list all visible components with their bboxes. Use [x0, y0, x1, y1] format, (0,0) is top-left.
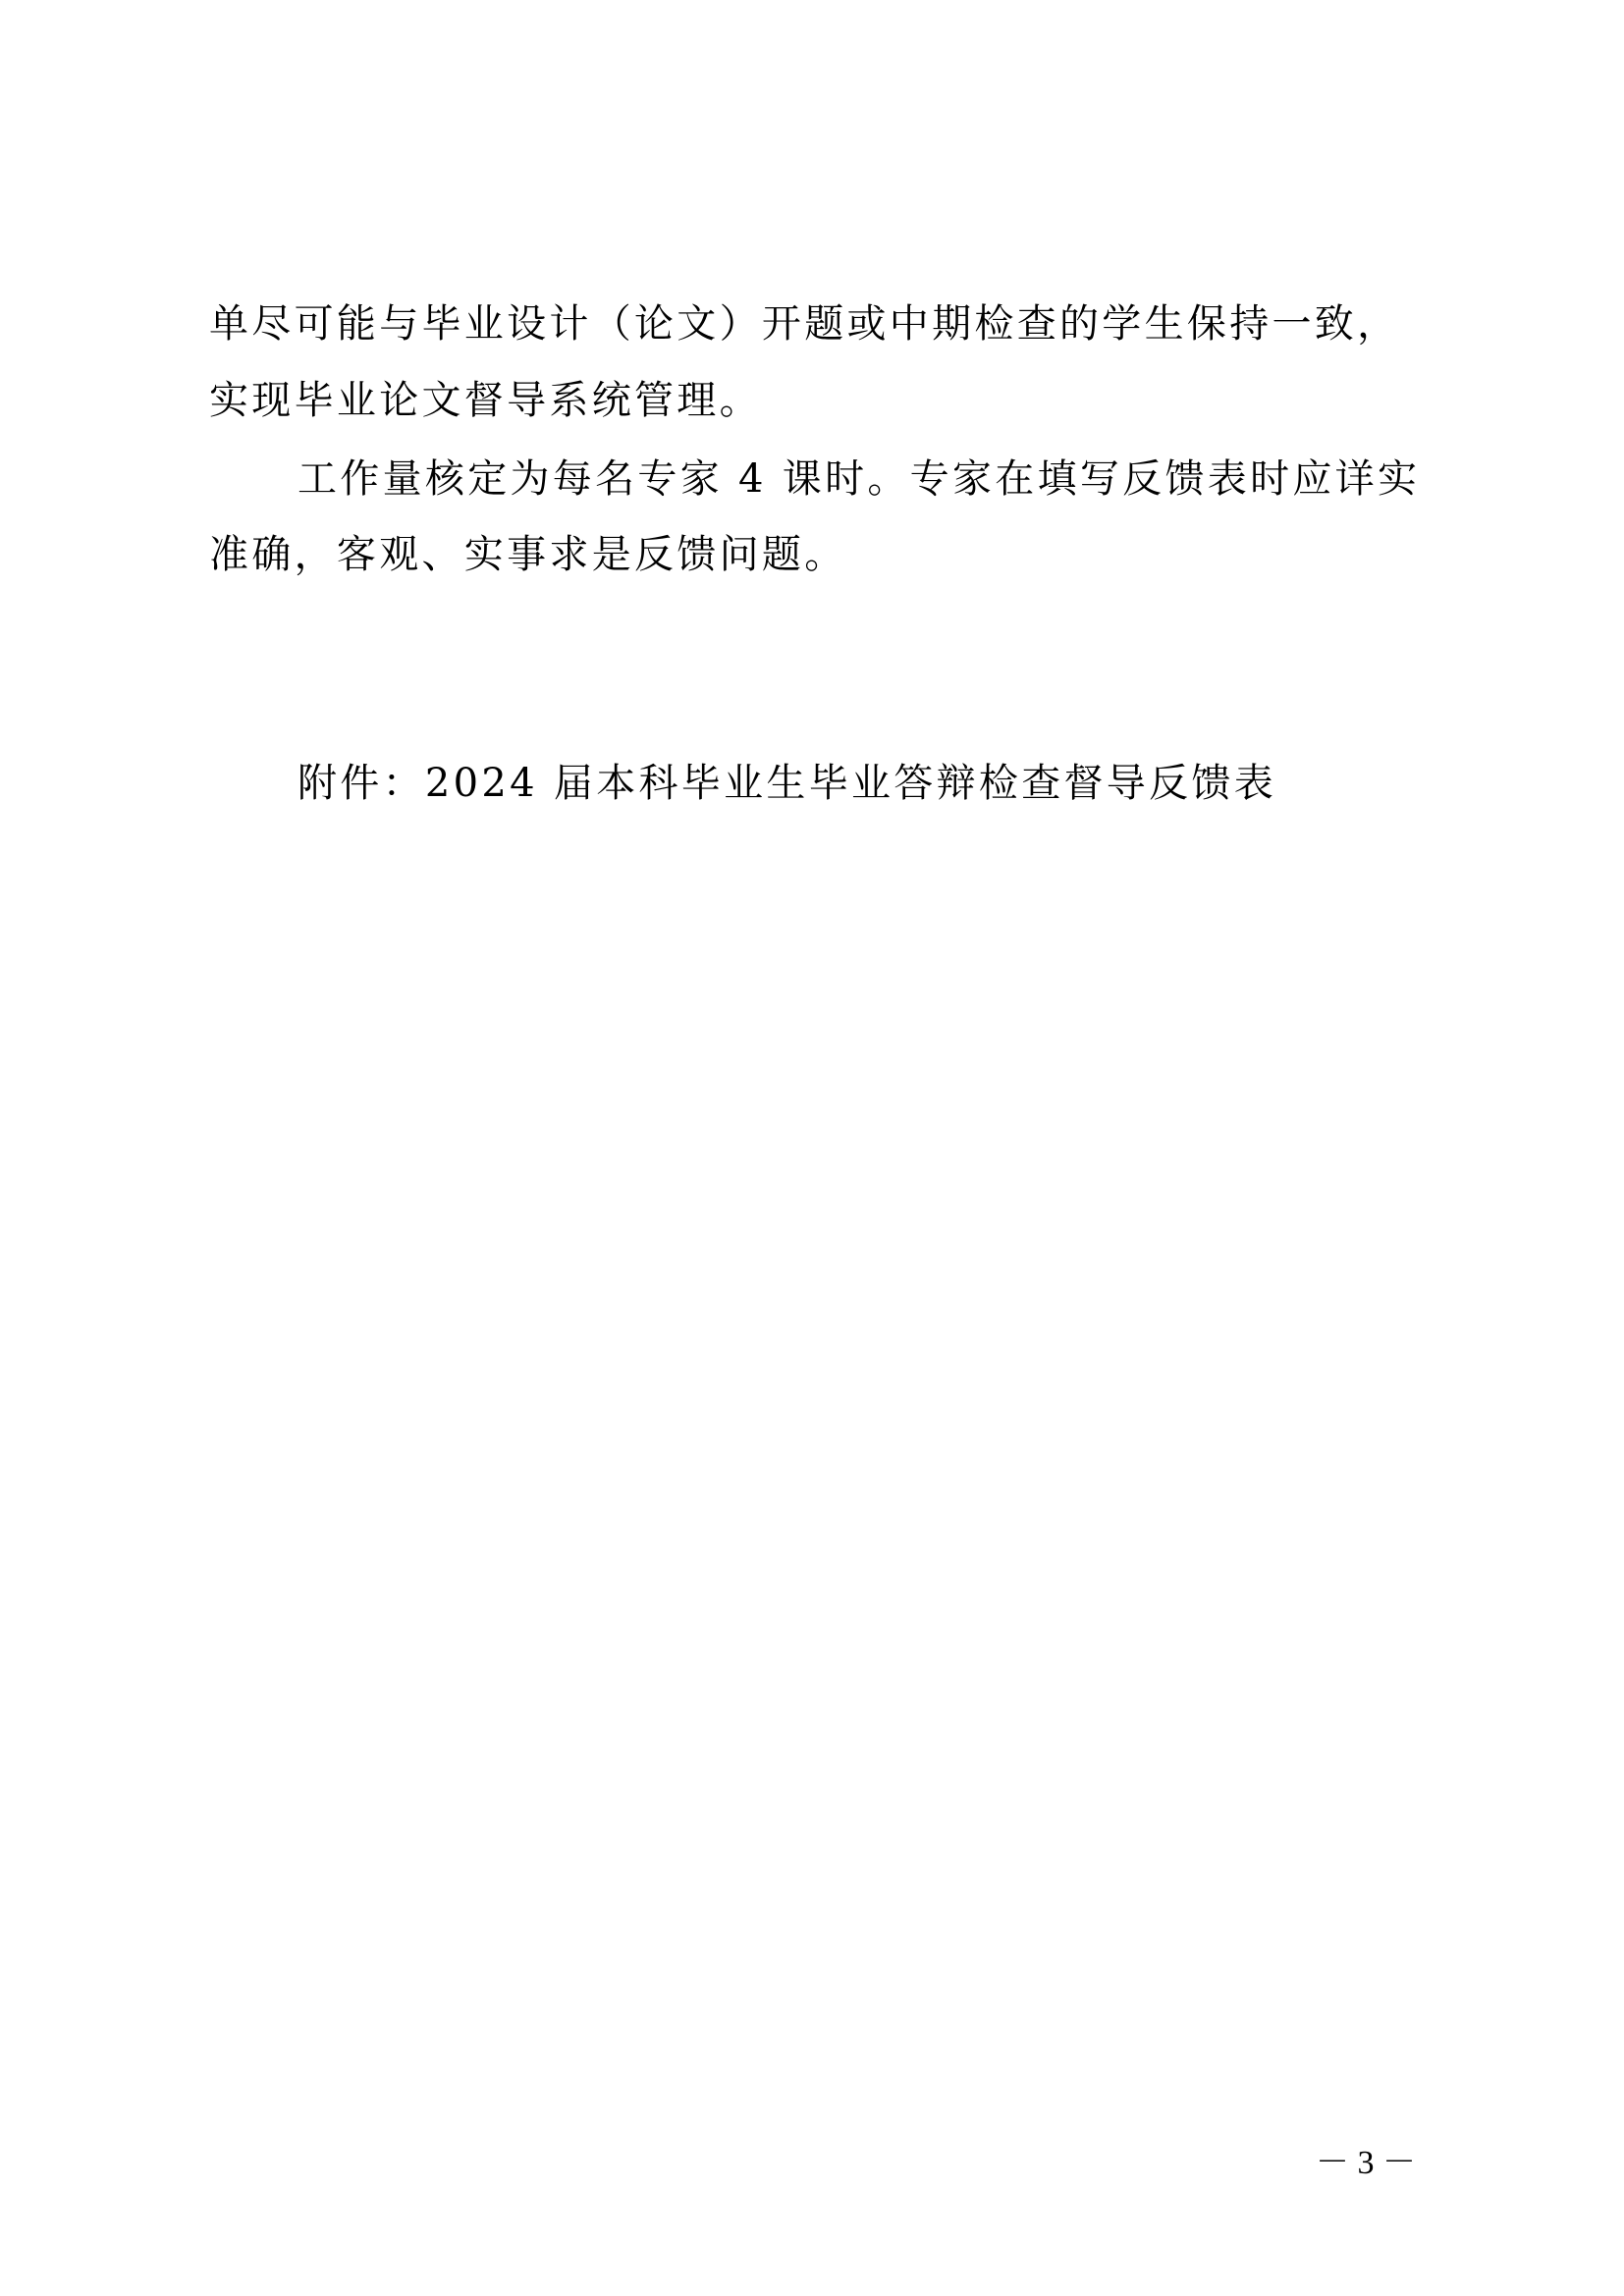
- paragraph-1-line-2: 实现毕业论文督导系统管理。: [209, 377, 762, 424]
- paragraph-2-line-1: 工作量核定为每名专家 4 课时。专家在填写反馈表时应详实: [298, 455, 1420, 503]
- paragraph-2-line-2: 准确，客观、实事求是反馈问题。: [209, 531, 847, 578]
- document-page: 单尽可能与毕业设计（论文）开题或中期检查的学生保持一致， 实现毕业论文督导系统管…: [0, 0, 1624, 2296]
- page-number: － 3 －: [1316, 2144, 1416, 2183]
- attachment-note: 附件：2024 届本科毕业生毕业答辩检查督导反馈表: [298, 760, 1276, 807]
- paragraph-1-line-1: 单尽可能与毕业设计（论文）开题或中期检查的学生保持一致，: [209, 300, 1399, 347]
